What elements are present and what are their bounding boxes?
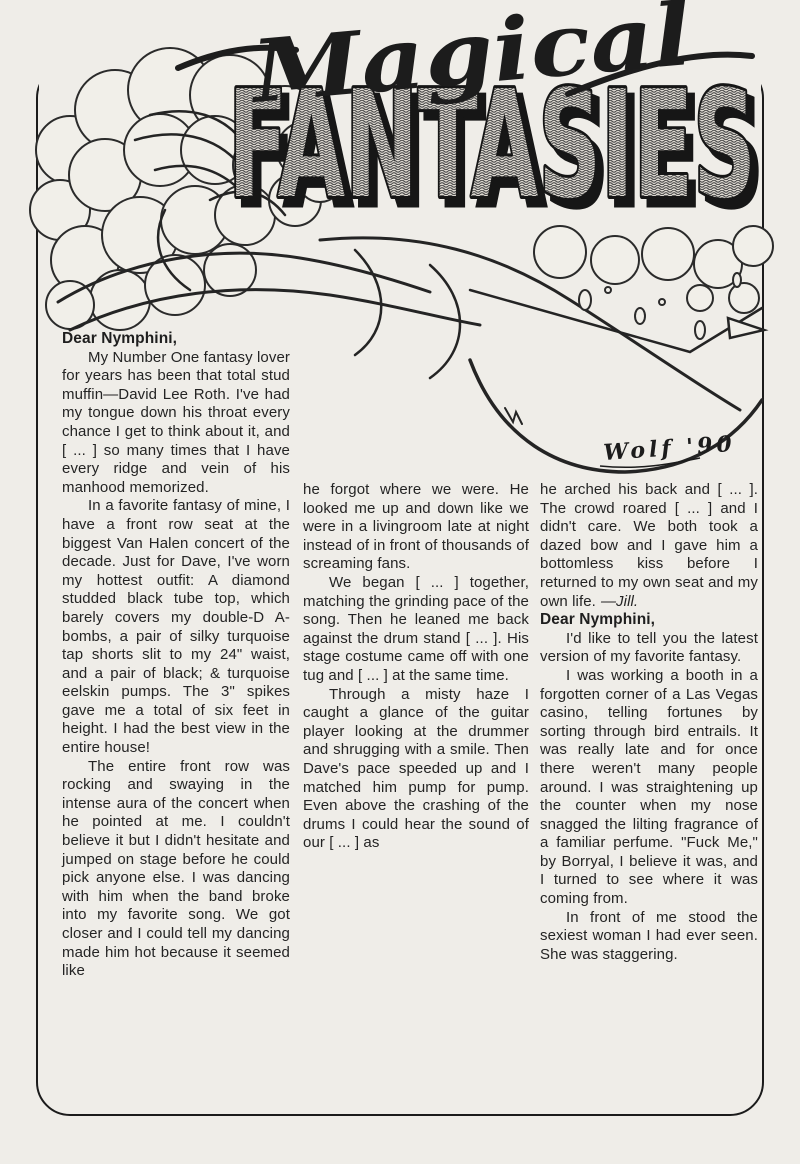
letter-signature: —Jill. <box>601 593 638 610</box>
letter-paragraph: My Number One fantasy lover for years ha… <box>62 349 290 498</box>
letter-paragraph: In a favorite fantasy of mine, I have a … <box>62 497 290 757</box>
letter-paragraph: I'd like to tell you the latest version … <box>540 630 758 667</box>
letter-paragraph: he arched his back and [ ... ]. The crow… <box>540 481 758 611</box>
letter-column-1: Dear Nymphini, My Number One fantasy lov… <box>62 330 290 981</box>
magazine-page: FANTASIES FANTASIES Magical Wolf '90 Dea… <box>0 0 800 1164</box>
letter-paragraph: We began [ ... ] together, matching the … <box>303 574 529 686</box>
letter-column-2: he forgot where we were. He looked me up… <box>303 481 529 853</box>
letter-paragraph: In front of me stood the sexiest woman I… <box>540 909 758 965</box>
letter-paragraph-text: he arched his back and [ ... ]. The crow… <box>540 481 758 610</box>
letter-column-3: he arched his back and [ ... ]. The crow… <box>540 481 758 964</box>
letter-paragraph: he forgot where we were. He looked me up… <box>303 481 529 574</box>
banner-chevron-icon <box>470 290 764 352</box>
letter-salutation: Dear Nymphini, <box>62 330 290 349</box>
letter-paragraph: The entire front row was rocking and swa… <box>62 758 290 981</box>
letter-salutation: Dear Nymphini, <box>540 611 758 630</box>
letter-paragraph: Through a misty haze I caught a glance o… <box>303 686 529 853</box>
artist-signature: Wolf '90 <box>603 431 737 466</box>
letter-paragraph: I was working a booth in a forgotten cor… <box>540 667 758 909</box>
